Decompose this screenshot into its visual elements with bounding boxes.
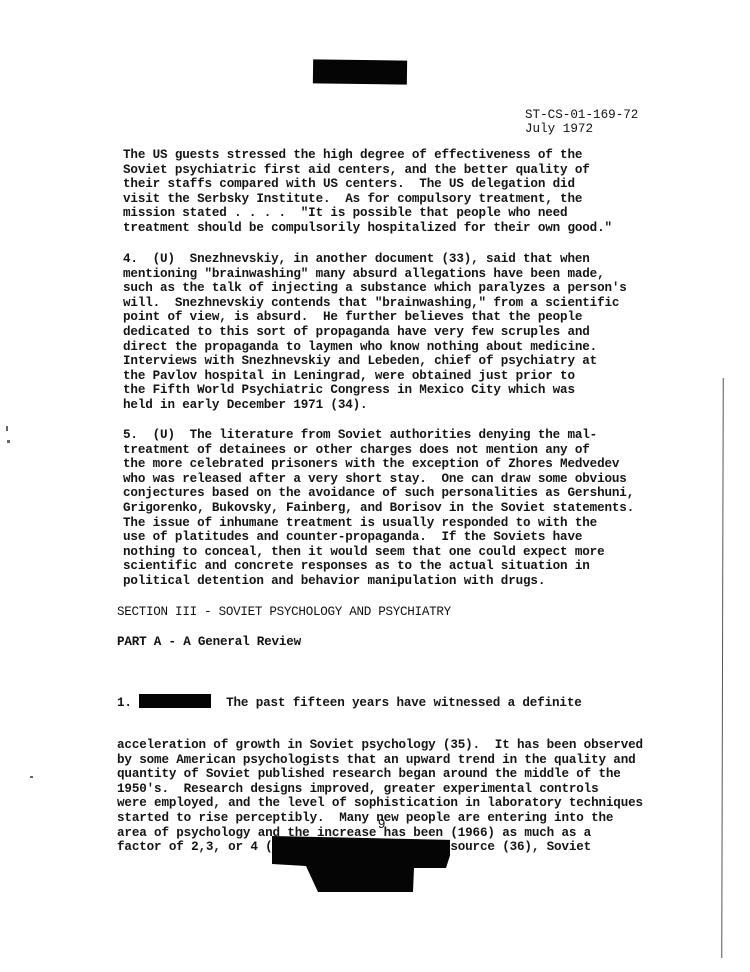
paragraph-us-guests: The US guests stressed the high degree o… (123, 148, 612, 236)
text-line: direct the propaganda to laymen who know… (123, 340, 627, 355)
text-line: mentioning "brainwashing" many absurd al… (123, 267, 627, 282)
text-line: conjectures based on the avoidance of su… (123, 486, 634, 501)
text-line: held in early December 1971 (34). (123, 398, 627, 413)
paragraph-4-snezhnevskiy: 4. (U) Snezhnevskiy, in another document… (123, 252, 627, 413)
text-line: point of view, is absurd. He further bel… (123, 310, 627, 325)
text-line: by some American psychologists that an u… (117, 753, 643, 768)
text-line: political detention and behavior manipul… (123, 574, 634, 589)
part-heading: PART A - A General Review (117, 635, 301, 649)
text-line: use of platitudes and counter-propaganda… (123, 530, 634, 545)
doc-number: ST-CS-01-169-72 (525, 108, 638, 122)
text-line: The issue of inhumane treatment is usual… (123, 516, 634, 531)
text-line: The US guests stressed the high degree o… (123, 148, 612, 163)
text-line: the Pavlov hospital in Leningrad, were o… (123, 369, 627, 384)
scan-speck (6, 426, 8, 431)
text-line: nothing to conceal, then it would seem t… (123, 545, 634, 560)
text-line: quantity of Soviet published research be… (117, 767, 643, 782)
text-line: the more celebrated prisoners with the e… (123, 457, 634, 472)
paragraph-number: 1. (117, 696, 132, 710)
scan-edge-line (721, 378, 724, 958)
text-line: acceleration of growth in Soviet psychol… (117, 738, 643, 753)
text-line: treatment of detainees or other charges … (123, 443, 634, 458)
text-line: Interviews with Snezhnevskiy and Lebeden… (123, 354, 627, 369)
section-heading: SECTION III - SOVIET PSYCHOLOGY AND PSYC… (117, 605, 451, 619)
doc-date: July 1972 (525, 122, 593, 136)
text-line: visit the Serbsky Institute. As for comp… (123, 192, 612, 207)
page-number: 9 (378, 816, 385, 831)
text-line: who was released after a very short stay… (123, 472, 634, 487)
text-line: 1950's. Research designs improved, great… (117, 782, 643, 797)
scan-speck (30, 776, 33, 778)
document-page: ST-CS-01-169-72 July 1972 The US guests … (0, 0, 750, 972)
text-line: 4. (U) Snezhnevskiy, in another document… (123, 252, 627, 267)
document-reference: ST-CS-01-169-72 July 1972 (525, 108, 638, 136)
text-line: their staffs compared with US centers. T… (123, 177, 612, 192)
text-line: treatment should be compulsorily hospita… (123, 221, 612, 236)
redaction-block-top (313, 59, 407, 84)
first-line-text: The past fifteen years have witnessed a … (226, 696, 582, 710)
text-line: dedicated to this sort of propaganda hav… (123, 325, 627, 340)
text-line: Soviet psychiatric first aid centers, an… (123, 163, 612, 178)
scan-speck (7, 440, 10, 443)
text-line: will. Snezhnevskiy contends that "brainw… (123, 296, 627, 311)
paragraph-5-literature: 5. (U) The literature from Soviet author… (123, 428, 634, 589)
text-line: Grigorenko, Bukovsky, Fainberg, and Bori… (123, 501, 634, 516)
text-line: scientific and concrete responses as to … (123, 559, 634, 574)
text-line: such as the talk of injecting a substanc… (123, 281, 627, 296)
text-line: were employed, and the level of sophisti… (117, 796, 643, 811)
paragraph-first-line: 1. The past fifteen years have witnessed… (117, 694, 643, 709)
redaction-inline (139, 694, 211, 708)
text-line: mission stated . . . . "It is possible t… (123, 206, 612, 221)
redaction-block-bottom (270, 834, 450, 894)
text-line: the Fifth World Psychiatric Congress in … (123, 383, 627, 398)
text-line: 5. (U) The literature from Soviet author… (123, 428, 634, 443)
